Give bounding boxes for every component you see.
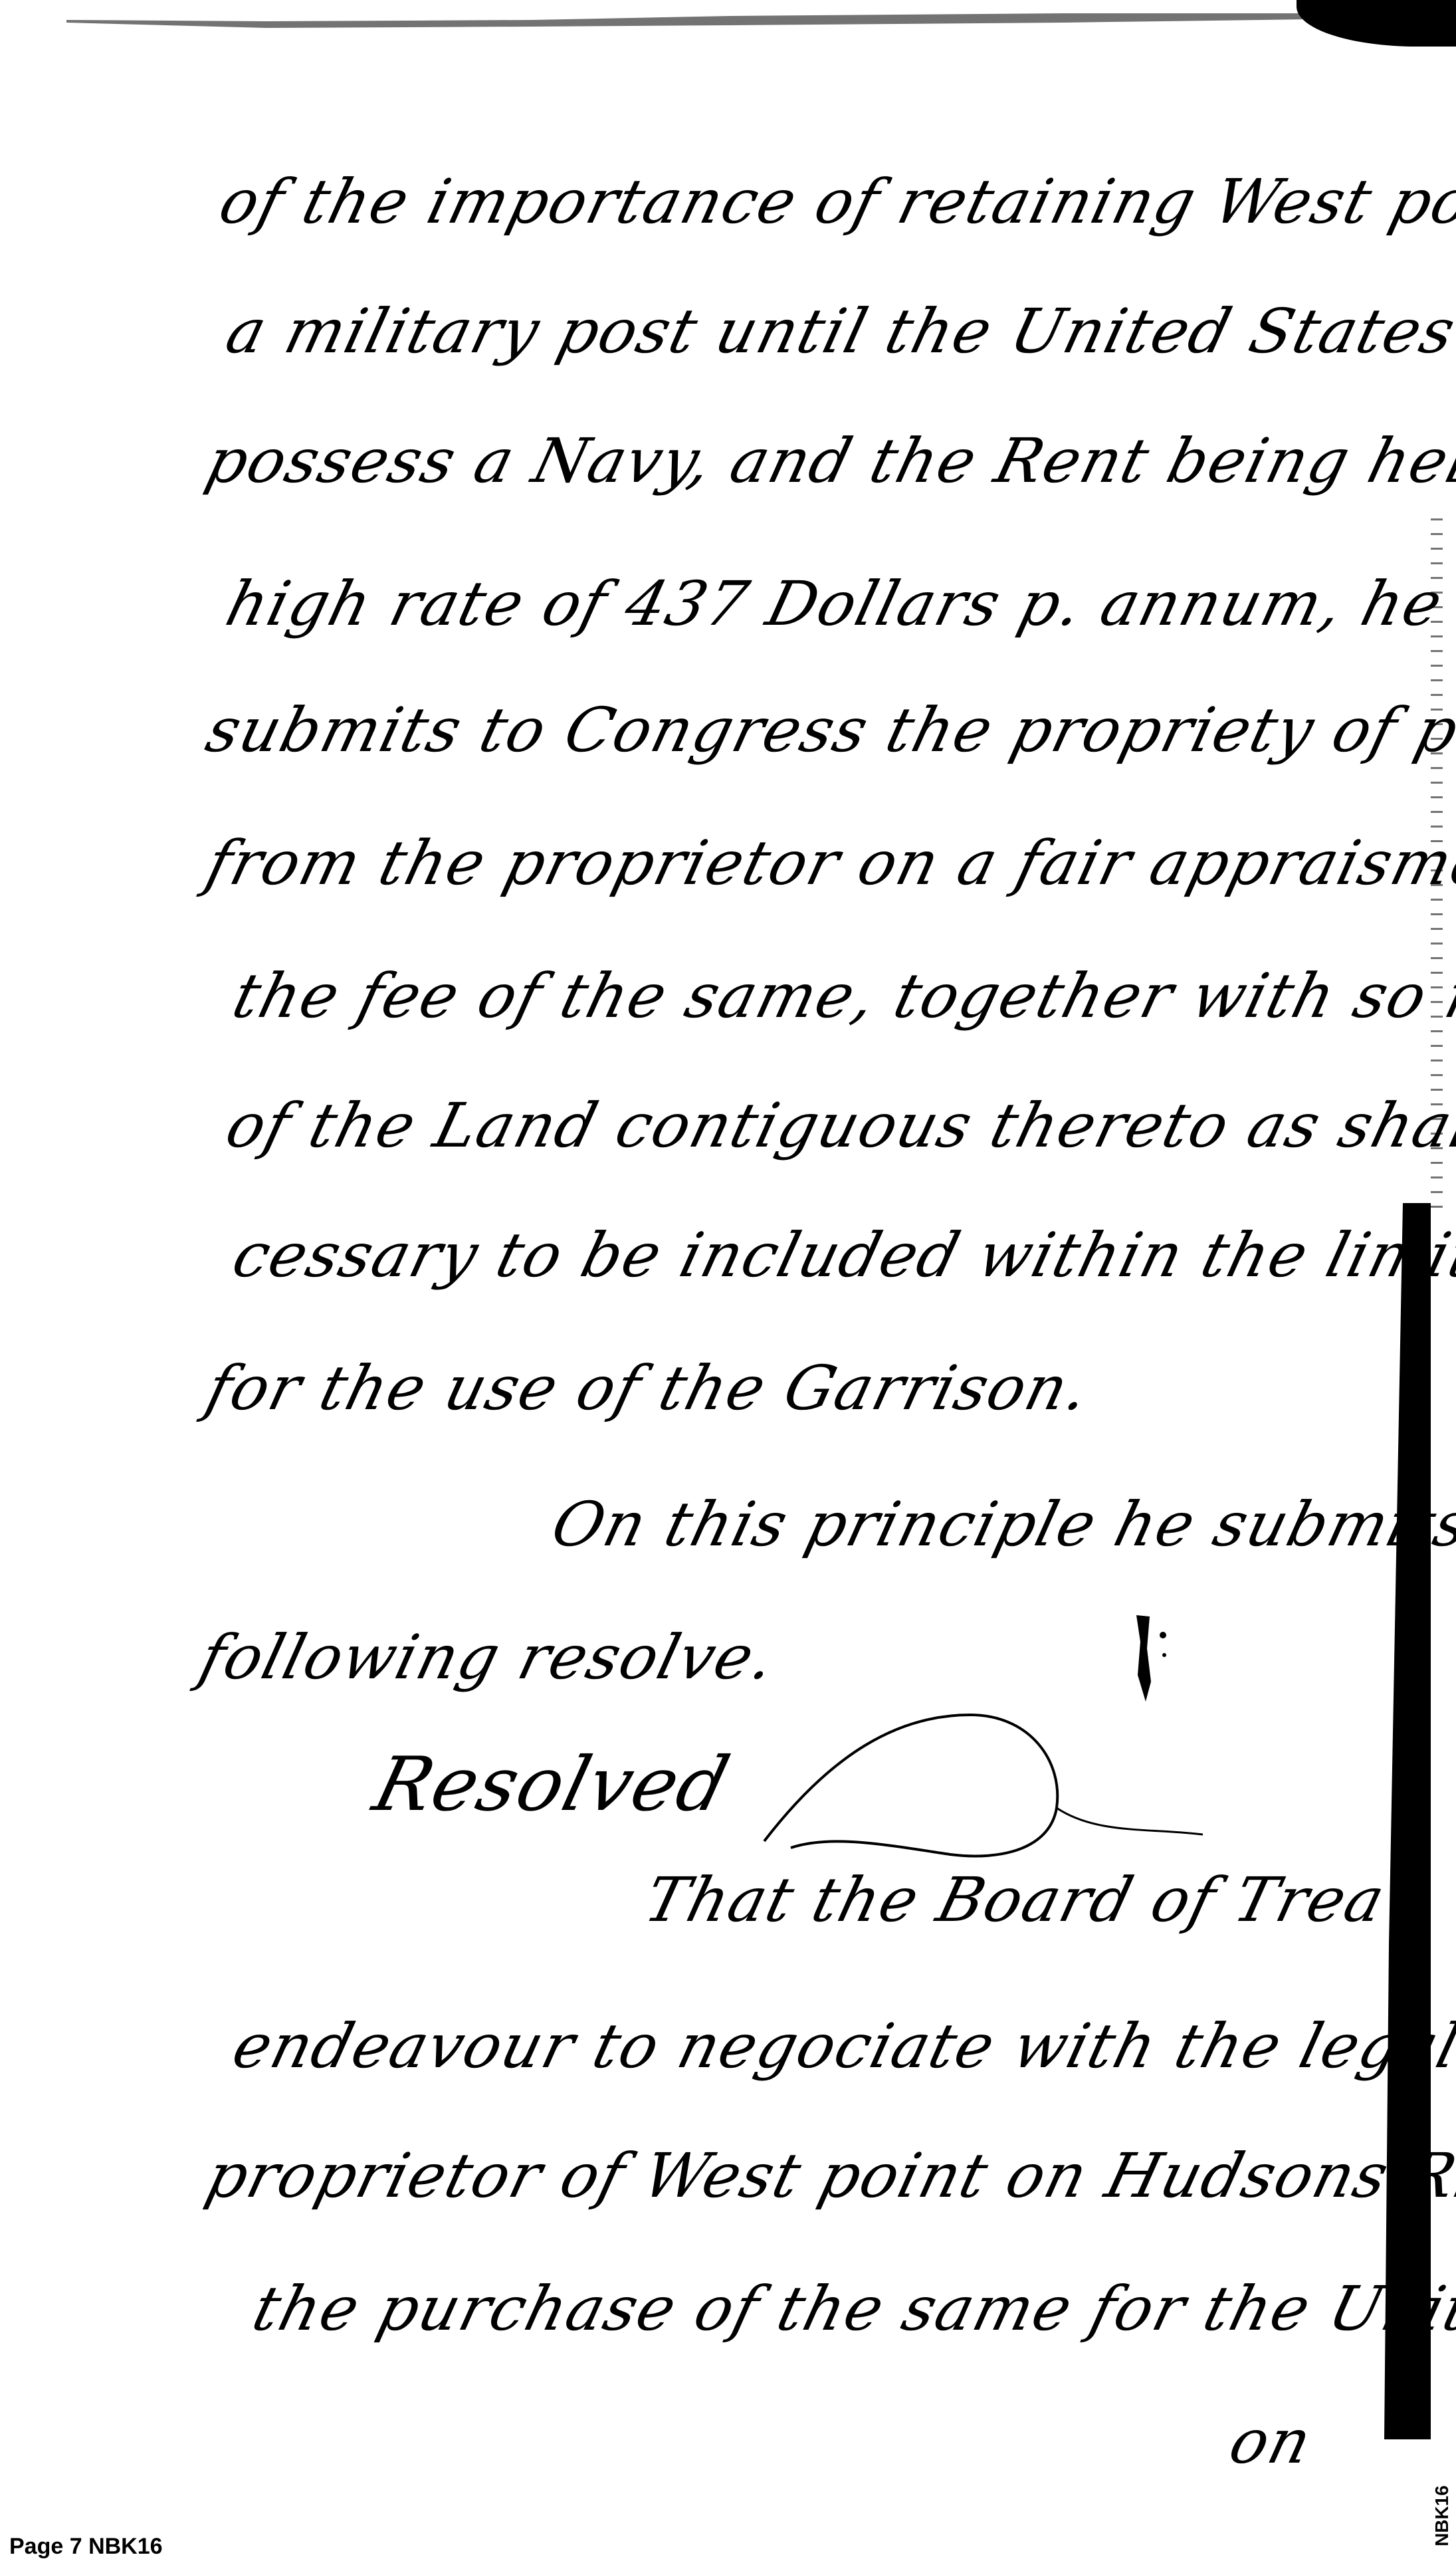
text-line-18: on — [1223, 2406, 1319, 2477]
text-line-7: the fee of the same, together with so mu… — [226, 960, 1456, 1032]
text-line-2: a military post until the United States … — [219, 296, 1456, 367]
text-line-11: On this principle he submits the — [545, 1489, 1456, 1560]
text-line-17: the purchase of the same for the United … — [246, 2273, 1456, 2344]
ink-blot — [1123, 1609, 1176, 1708]
text-line-6: from the proprietor on a fair appraismen… — [199, 828, 1456, 899]
right-edge-binding-shadow — [1384, 1203, 1431, 2439]
resolved-heading: Resolved — [365, 1741, 738, 1828]
text-line-1: of the importance of retaining West poin… — [213, 166, 1456, 237]
text-line-5: submits to Congress the propriety of pur… — [199, 695, 1456, 766]
text-line-12: following resolve. — [193, 1622, 783, 1693]
text-line-3: possess a Navy, and the Rent being held … — [199, 425, 1456, 497]
text-line-4: high rate of 437 Dollars p. annum, he — [219, 568, 1450, 639]
manuscript-page: of the importance of retaining West poin… — [0, 0, 1456, 2561]
page-number-label: Page 7 NBK16 — [9, 2534, 163, 2560]
text-line-15: endeavour to negociate with the legal — [226, 2011, 1456, 2082]
text-line-9: cessary to be included within the limits… — [226, 1220, 1456, 1291]
text-line-10: for the use of the Garrison. — [199, 1353, 1097, 1424]
text-line-14: That the Board of Trea — [638, 1864, 1393, 1936]
torn-top-edge — [66, 13, 1456, 40]
collection-side-label: NBK16 — [1430, 2483, 1454, 2549]
text-line-16: proprietor of West point on Hudsons Rive… — [199, 2140, 1456, 2211]
text-line-8: of the Land contiguous thereto as shall … — [219, 1090, 1456, 1161]
